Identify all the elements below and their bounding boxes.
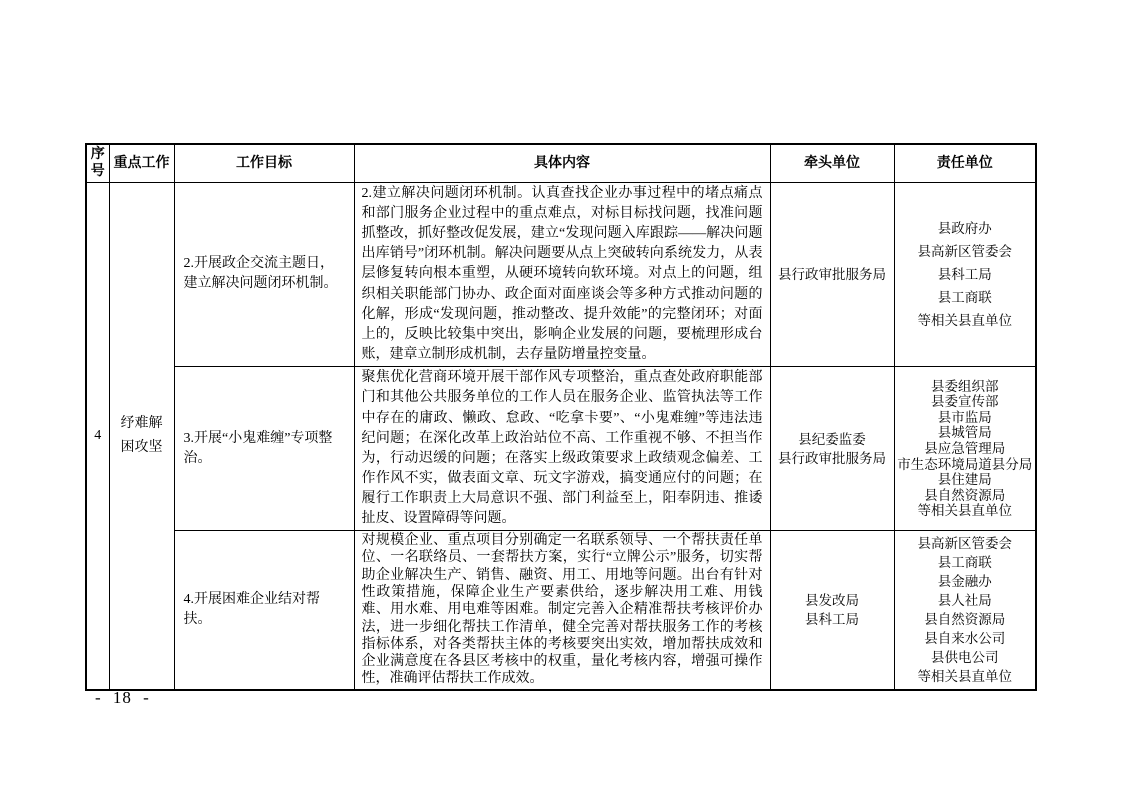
col-header-lead-unit: 牵头单位: [770, 144, 894, 182]
col-header-goal: 工作目标: [174, 144, 354, 182]
responsible-unit-cell: 县委组织部 县委宣传部 县市监局 县城管局 县应急管理局 市生态环境局道县分局 …: [894, 367, 1036, 531]
responsible-unit-cell: 县高新区管委会 县工商联 县金融办 县人社局 县自然资源局 县自来水公司 县供电…: [894, 531, 1036, 690]
table-row: 4.开展困难企业结对帮扶。 对规模企业、重点项目分别确定一名联系领导、一个帮扶责…: [86, 531, 1036, 690]
work-plan-table: 序号 重点工作 工作目标 具体内容 牵头单位 责任单位 4 纾难解困攻坚 2.开…: [85, 143, 1037, 691]
table-row: 3.开展“小鬼难缠”专项整治。 聚焦优化营商环境开展干部作风专项整治，重点查处政…: [86, 367, 1036, 531]
content-cell: 2.建立解决问题闭环机制。认真查找企业办事过程中的堵点痛点和部门服务企业过程中的…: [354, 182, 770, 367]
table-row: 4 纾难解困攻坚 2.开展政企交流主题日，建立解决问题闭环机制。 2.建立解决问…: [86, 182, 1036, 367]
page-number: - 18 -: [95, 688, 150, 708]
content-cell: 对规模企业、重点项目分别确定一名联系领导、一个帮扶责任单位、一名联络员、一套帮扶…: [354, 531, 770, 690]
col-header-key-work: 重点工作: [109, 144, 174, 182]
responsible-unit-cell: 县政府办 县高新区管委会 县科工局 县工商联 等相关县直单位: [894, 182, 1036, 367]
lead-unit-cell: 县纪委监委 县行政审批服务局: [770, 367, 894, 531]
col-header-seq: 序号: [86, 144, 109, 182]
col-header-content: 具体内容: [354, 144, 770, 182]
lead-unit-cell: 县行政审批服务局: [770, 182, 894, 367]
col-header-responsible-unit: 责任单位: [894, 144, 1036, 182]
content-cell: 聚焦优化营商环境开展干部作风专项整治，重点查处政府职能部门和其他公共服务单位的工…: [354, 367, 770, 531]
lead-unit-cell: 县发改局 县科工局: [770, 531, 894, 690]
key-work-cell: 纾难解困攻坚: [109, 182, 174, 690]
goal-cell: 2.开展政企交流主题日，建立解决问题闭环机制。: [174, 182, 354, 367]
document-page: 序号 重点工作 工作目标 具体内容 牵头单位 责任单位 4 纾难解困攻坚 2.开…: [0, 0, 1122, 793]
goal-cell: 3.开展“小鬼难缠”专项整治。: [174, 367, 354, 531]
table-header-row: 序号 重点工作 工作目标 具体内容 牵头单位 责任单位: [86, 144, 1036, 182]
goal-cell: 4.开展困难企业结对帮扶。: [174, 531, 354, 690]
seq-cell: 4: [86, 182, 109, 690]
